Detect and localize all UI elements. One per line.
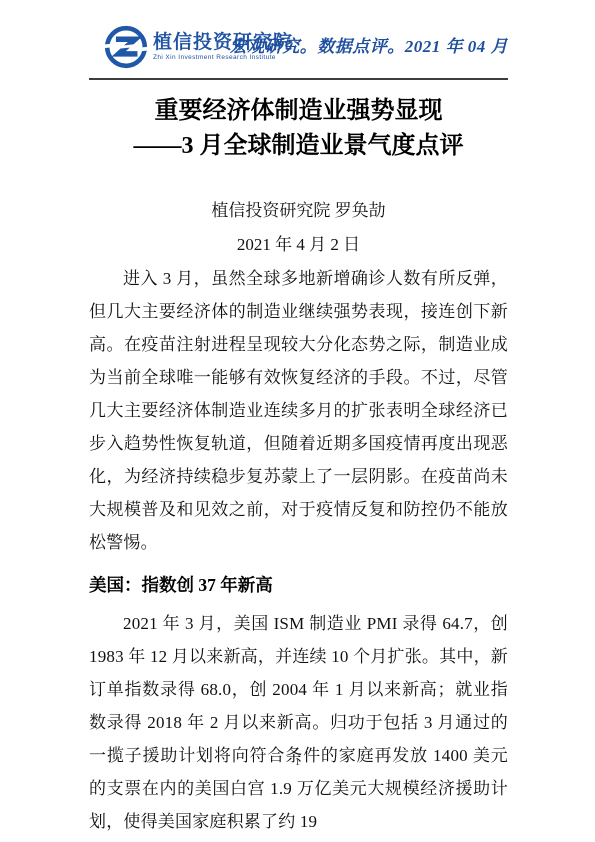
page-number: 1 <box>0 756 595 770</box>
us-paragraph: 2021 年 3 月，美国 ISM 制造业 PMI 录得 64.7，创 1983… <box>89 607 508 838</box>
header-divider <box>89 78 508 80</box>
date-line: 2021 年 4 月 2 日 <box>89 234 508 256</box>
document-title-line1: 重要经济体制造业强势显现 <box>155 98 443 124</box>
intro-paragraph: 进入 3 月，虽然全球多地新增确诊人数有所反弹，但几大主要经济体的制造业继续强势… <box>89 262 508 559</box>
section-heading-us: 美国：指数创 37 年新高 <box>89 573 508 597</box>
header-edition: 宏观研究。数据点评。2021 年 04 月 <box>230 36 508 58</box>
document-title-line2: ——3 月全球制造业景气度点评 <box>134 133 464 159</box>
logo-mark-icon <box>104 25 148 69</box>
author-line: 植信投资研究院 罗奂劼 <box>89 200 508 222</box>
document-page: 植信投资研究院 Zhi Xin Investment Research Inst… <box>0 0 595 842</box>
document-content: 重要经济体制造业强势显现 ——3 月全球制造业景气度点评 植信投资研究院 罗奂劼… <box>89 92 508 838</box>
document-title: 重要经济体制造业强势显现 ——3 月全球制造业景气度点评 <box>89 94 508 164</box>
